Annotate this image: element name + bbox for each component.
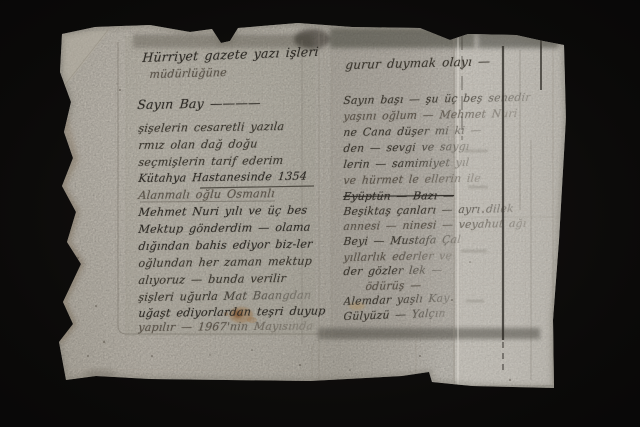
- photographed-letter: Hürriyet gazete yazı işleri müdürlüğüne …: [0, 0, 640, 427]
- handwriting-line: Beyi — Mustafa Çal: [343, 233, 462, 248]
- handwriting-line: şişelerin cesaretli yazıla: [138, 120, 285, 135]
- handwriting-line: Mektup gönderdim — olama: [138, 221, 311, 236]
- handwriting-line: rmız olan dağ doğu: [138, 137, 258, 152]
- handwriting-line: yıllarlık ederler ve: [343, 249, 453, 264]
- handwriting-line: şişleri uğurla Mat Baangdan: [138, 289, 312, 304]
- handwriting-line: dığından bahis ediyor biz-ler: [138, 238, 313, 253]
- letter-photo-art: [0, 0, 640, 427]
- handwriting-line: Kütahya Hastanesinde 1354: [138, 170, 308, 185]
- handwriting-line: seçmişlerin tarif ederim: [138, 154, 284, 169]
- handwriting-line: der gözler lek —: [343, 263, 443, 278]
- handwriting-line: Mehmet Nuri yılı ve üç bes: [138, 204, 308, 219]
- handwriting-line: ödürüş —: [365, 279, 422, 293]
- letter-heading-line: müdürlüğüne: [149, 66, 227, 81]
- salutation-line: Sayın Bay ————: [137, 95, 262, 112]
- handwriting-line: ne Cana düşer mi ki —: [343, 124, 482, 139]
- handwriting-line: yapılır — 1967'nin Mayısında: [138, 319, 314, 334]
- handwriting-line: lerin — samimiyet yıl: [343, 156, 470, 171]
- handwriting-line: ve hürmet le ellerin ile: [343, 172, 482, 187]
- handwriting-line: uğaşt ediyorlardan teşri duyup: [138, 304, 326, 320]
- handwriting-line: Alanmalı oğlu Osmanlı: [138, 187, 276, 202]
- handwriting-line: oğlundan her zaman mektup: [138, 255, 313, 270]
- handwriting-line: alıyoruz — bunda verilir: [138, 272, 287, 287]
- handwriting-line: den — sevgi ve saygı: [343, 140, 470, 155]
- handwriting-line: Eyüptün — Bazı —: [343, 189, 455, 203]
